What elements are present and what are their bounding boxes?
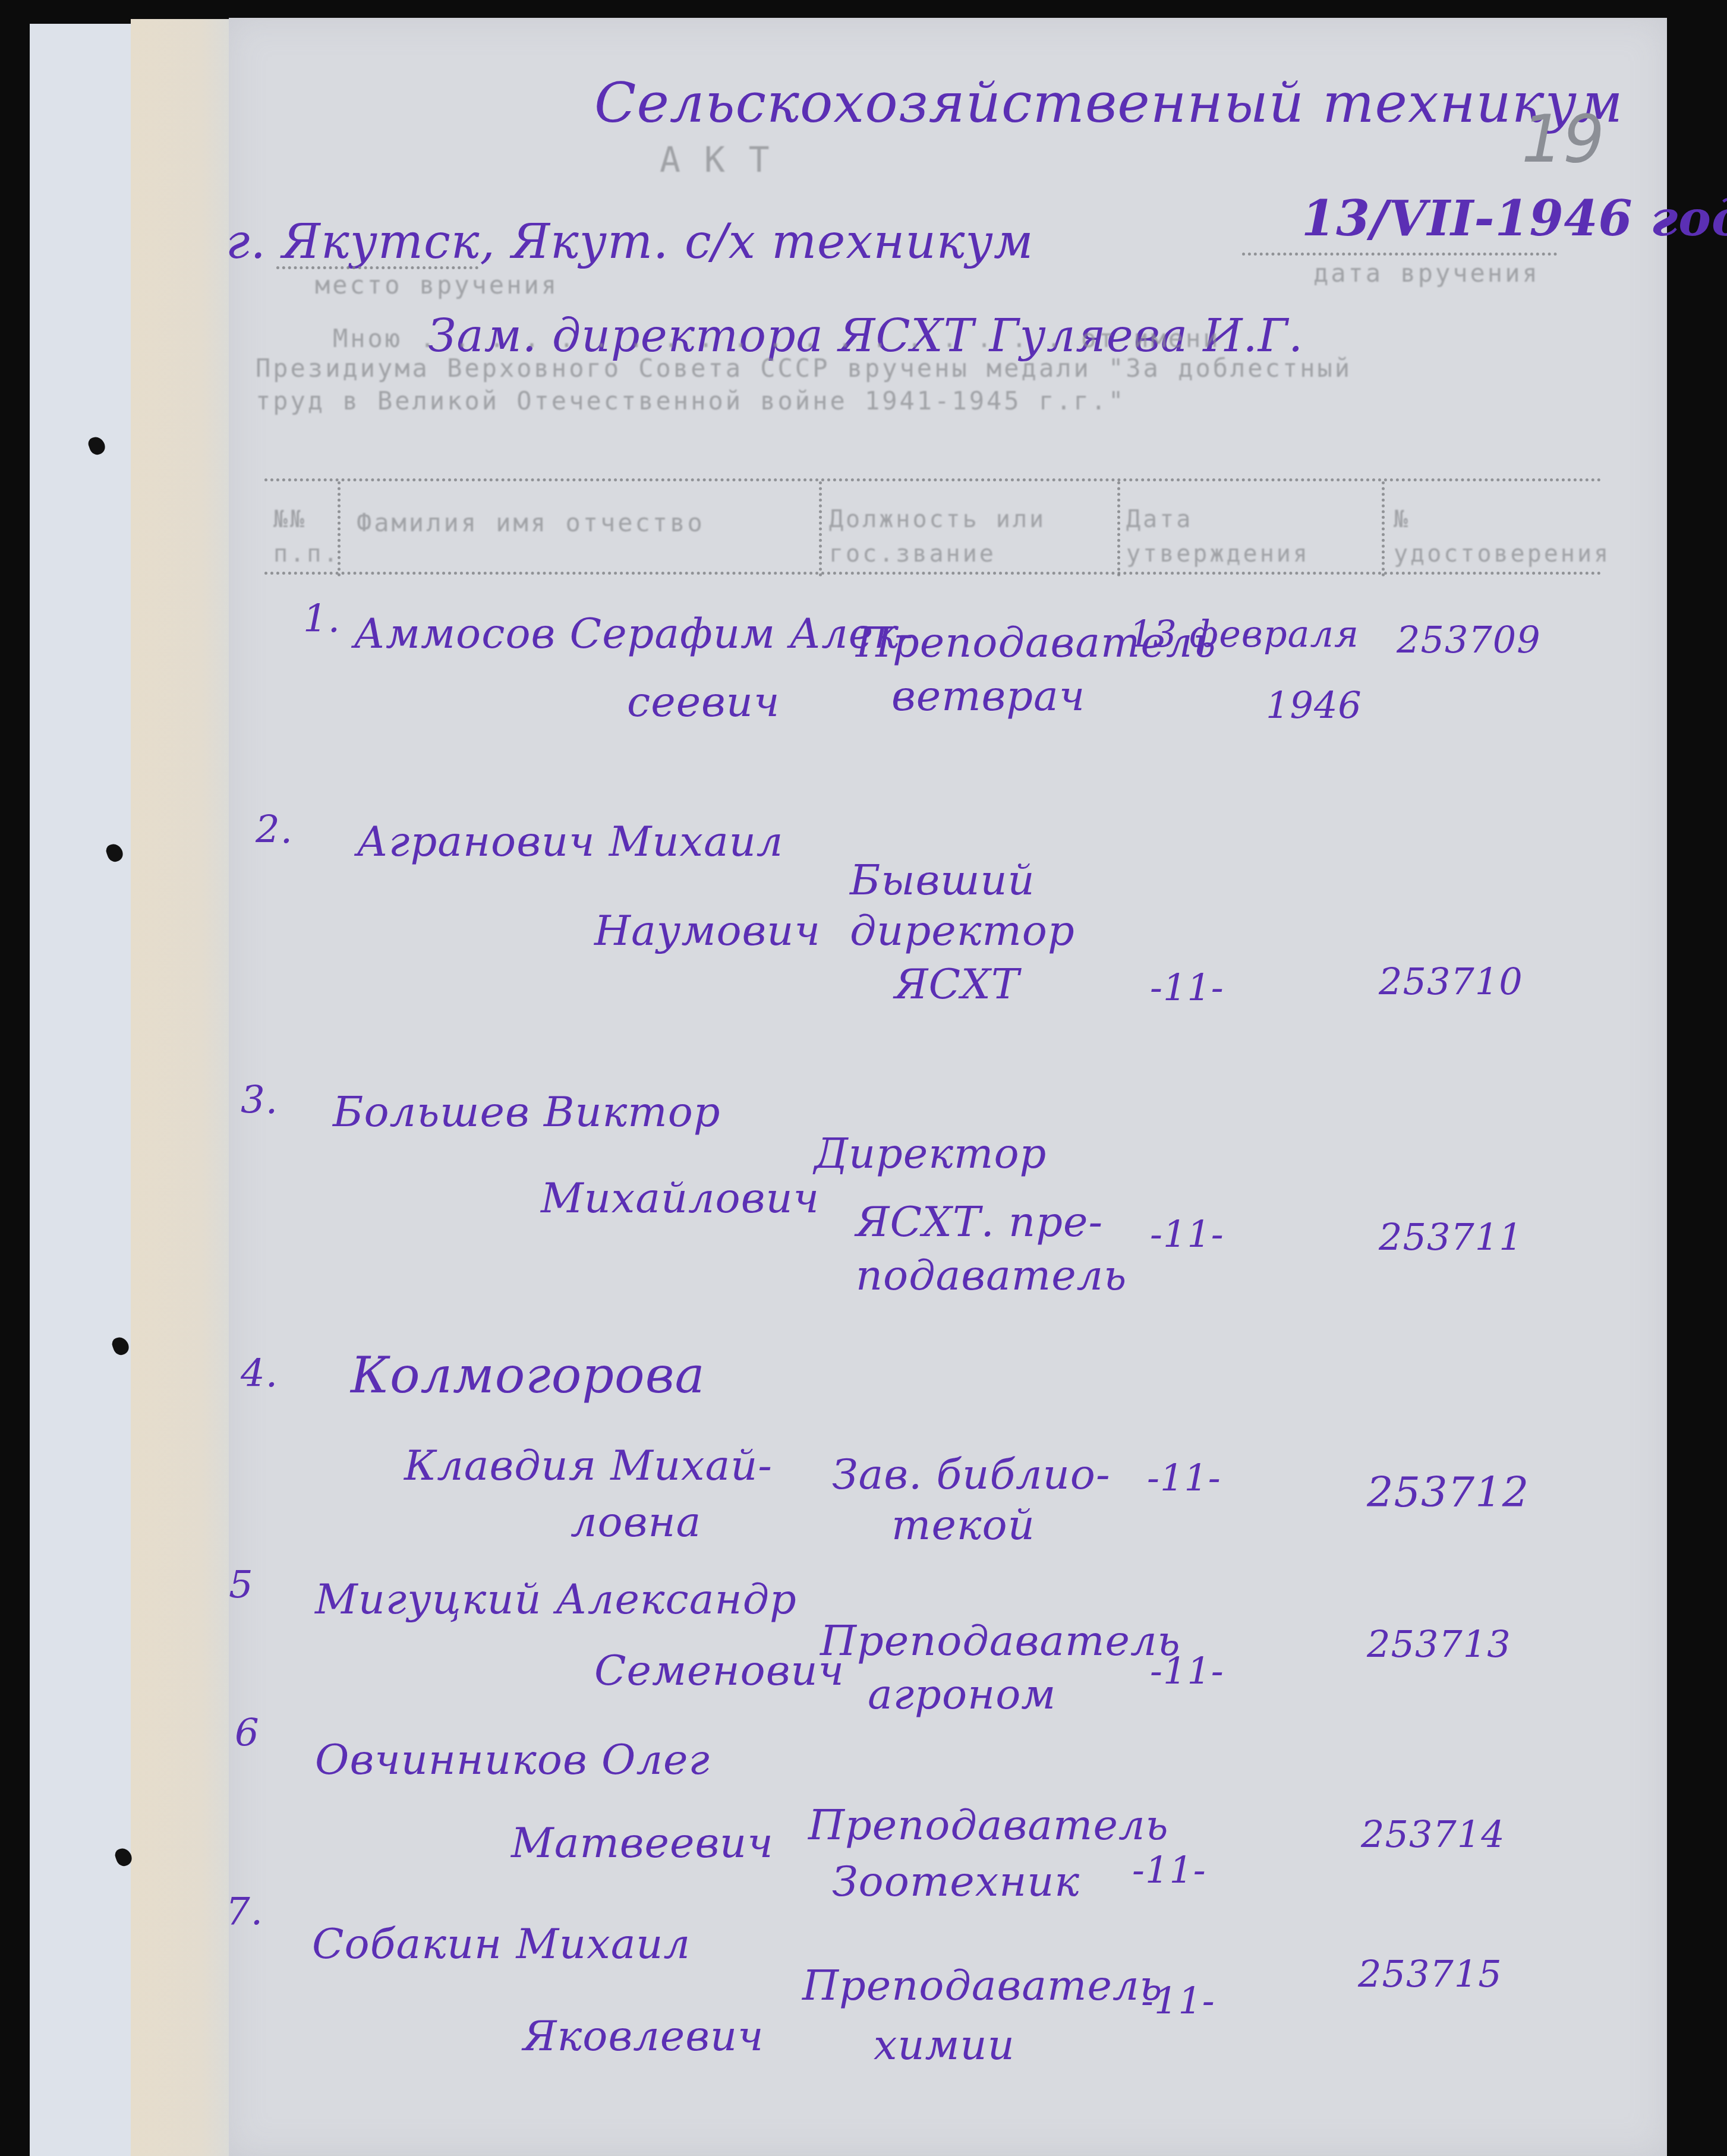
row-certificate: 253710 — [1379, 960, 1523, 1003]
page-number: 19 — [1521, 101, 1605, 177]
preamble-line-2: Президиума Верховного Совета СССР вручен… — [256, 354, 1352, 383]
row-name-line1: Колмогорова — [351, 1346, 705, 1404]
row-certificate: 253711 — [1379, 1215, 1523, 1259]
row-position-line1: Преподаватель — [808, 1801, 1169, 1849]
row-certificate: 253709 — [1397, 618, 1541, 661]
table-header-bottom-border — [264, 572, 1602, 575]
header-number: №№ п.п. — [273, 502, 333, 571]
row-position-line3: подаватель — [856, 1251, 1127, 1300]
row-name-line2: Яковлевич — [523, 2012, 764, 2060]
row-position-line2: директор — [850, 906, 1075, 955]
row-position-line2: ветврач — [891, 672, 1085, 720]
header-approval-date: Дата утверждения — [1126, 502, 1376, 571]
row-number: 5 — [229, 1563, 254, 1607]
column-divider — [1117, 481, 1120, 576]
binding-strip — [131, 19, 232, 2156]
row-name-line1: Овчинников Олег — [315, 1735, 710, 1784]
row-certificate: 253712 — [1367, 1468, 1529, 1517]
act-heading: АКТ — [660, 140, 793, 180]
row-name-line2: Матвеевич — [511, 1818, 774, 1867]
table-top-border — [264, 478, 1602, 481]
header-position: Должность или гос.звание — [829, 502, 1108, 571]
date-underline — [1242, 253, 1557, 256]
backing-paper-strip — [30, 24, 134, 2156]
row-date-line2: 1946 — [1266, 683, 1362, 727]
row-number: 6 — [235, 1711, 260, 1755]
row-position-line2: агроном — [868, 1670, 1056, 1719]
row-position-line1: Зав. библио- — [832, 1450, 1111, 1499]
row-certificate: 253714 — [1361, 1813, 1505, 1856]
row-position-line2: ЯСХТ. пре- — [856, 1197, 1103, 1246]
date-label: дата вручения — [1313, 259, 1540, 288]
row-name-line1: Агранович Михаил — [357, 817, 783, 866]
column-divider — [819, 481, 822, 576]
row-position-line2: Зоотехник — [832, 1857, 1080, 1906]
row-date-ditto: -11- — [1141, 1979, 1215, 2022]
row-number: 7. — [226, 1890, 263, 1934]
row-position-line1: Бывший — [850, 856, 1035, 904]
row-number: 2. — [256, 808, 293, 852]
preamble-line-3: труд в Великой Отечественной войне 1941-… — [256, 386, 1126, 415]
row-name-line3: ловна — [571, 1498, 701, 1546]
row-name-line2: Клавдия Михай- — [404, 1441, 773, 1490]
place-underline — [276, 266, 478, 269]
column-divider — [1382, 481, 1385, 576]
row-name-line2: Наумович — [594, 906, 821, 955]
row-name-line1: Мигуцкий Александр — [315, 1575, 797, 1624]
row-name-line1: Большев Виктор — [333, 1088, 721, 1136]
row-certificate: 253713 — [1367, 1622, 1511, 1666]
row-date-line1: 13 февраля — [1129, 612, 1359, 655]
place-label: место вручения — [315, 270, 559, 300]
row-date-ditto: -11- — [1150, 966, 1224, 1009]
row-certificate: 253715 — [1358, 1952, 1502, 1996]
row-name-line2: Михайлович — [541, 1174, 820, 1222]
row-position-line1: Преподаватель — [820, 1616, 1181, 1665]
row-position-line2: текой — [891, 1501, 1035, 1549]
preamble-line-1: Мною . . . . . . . . . . . . . . . . . .… — [333, 324, 1221, 353]
row-position-line2: химии — [874, 2021, 1015, 2069]
row-position-line1: Директор — [814, 1129, 1047, 1178]
date-of-award: 13/VII-1946 год — [1301, 190, 1727, 247]
row-date-ditto: -11- — [1150, 1649, 1224, 1692]
row-date-ditto: -11- — [1132, 1848, 1206, 1892]
header-certificate: № удостоверения — [1394, 502, 1590, 571]
row-date-ditto: -11- — [1150, 1212, 1224, 1256]
row-position-line3: ЯСХТ — [894, 960, 1020, 1008]
row-number: 4. — [241, 1352, 278, 1396]
row-number: 3. — [241, 1079, 278, 1123]
place-of-award: г. Якутск, Якут. с/х техникум — [226, 214, 1033, 269]
header-name: Фамилия имя отчество — [357, 508, 705, 537]
institution-title: Сельскохозяйственный техникум — [594, 71, 1623, 135]
row-position-line1: Преподаватель — [802, 1961, 1163, 2010]
row-name-line2: Семенович — [594, 1646, 844, 1695]
row-name-line1: Аммосов Серафим Алек- — [354, 609, 914, 658]
row-number: 1. — [303, 597, 341, 641]
row-name-line2: сеевич — [627, 677, 780, 726]
row-name-line1: Собакин Михаил — [312, 1919, 691, 1968]
row-date-ditto: -11- — [1147, 1456, 1221, 1499]
